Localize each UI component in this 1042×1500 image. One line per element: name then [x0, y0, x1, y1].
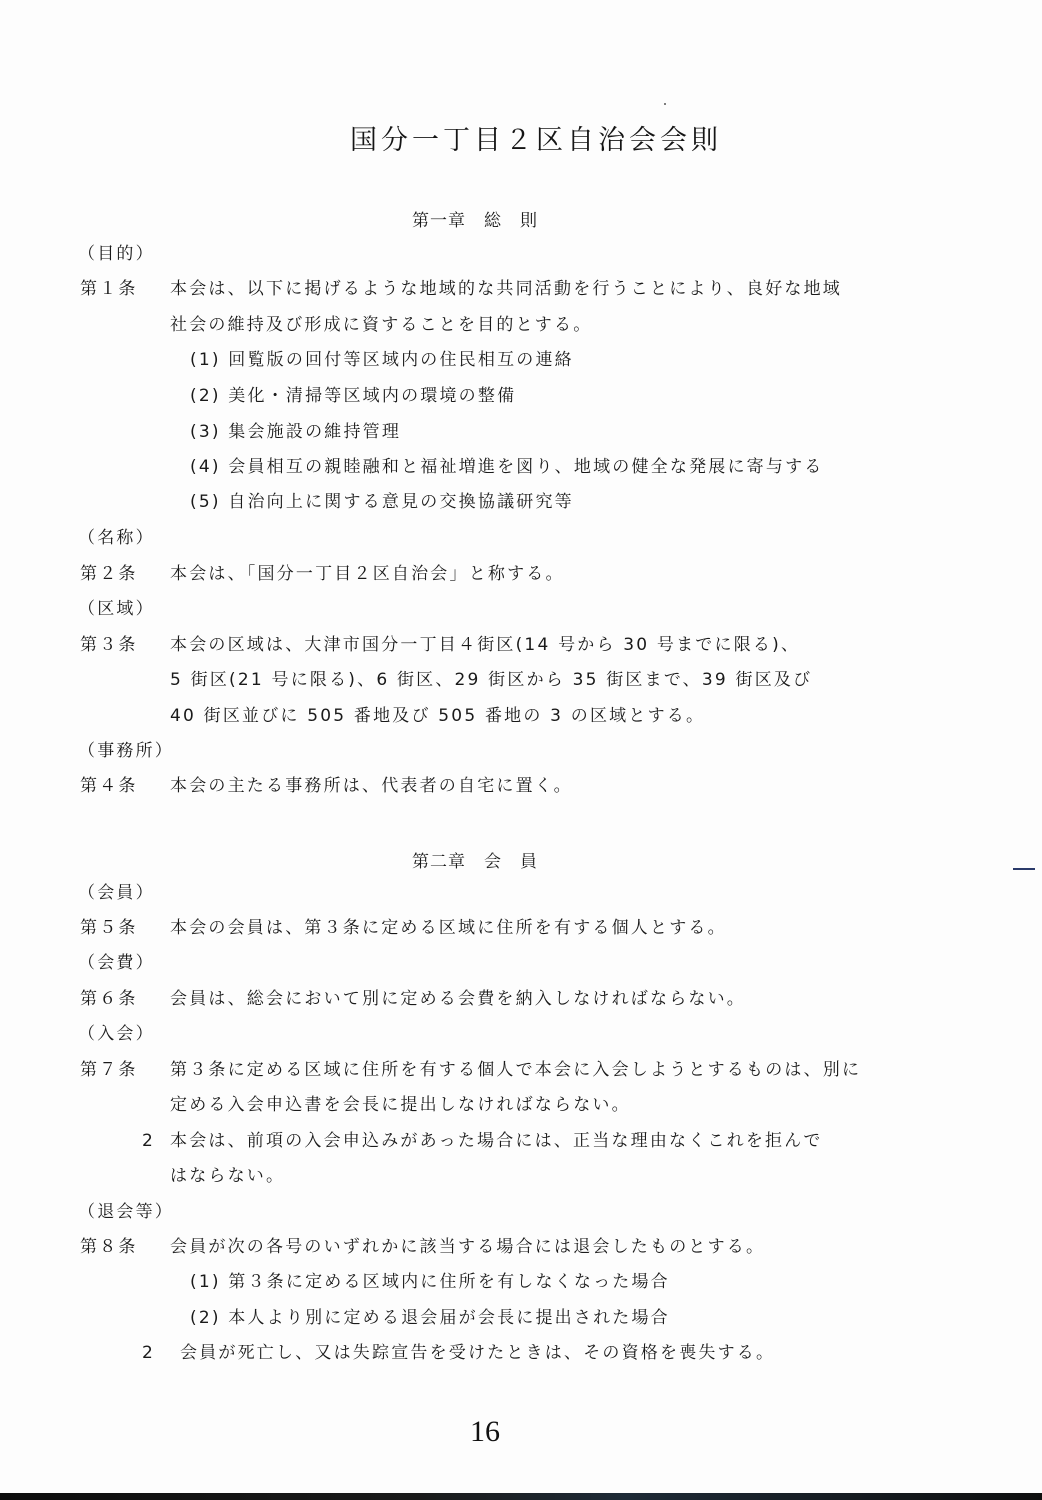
article-item: (2) 美化・清掃等区域内の環境の整備 — [190, 385, 516, 407]
article-text-line: 第３条に定める区域に住所を有する個人で本会に入会しようとするものは、別に — [170, 1059, 861, 1081]
article-label: 第７条 — [80, 1059, 138, 1081]
paragraph-number: 2 — [142, 1342, 155, 1364]
article-text-line: 社会の維持及び形成に資することを目的とする。 — [170, 314, 592, 336]
paragraph-text-line: はならない。 — [170, 1165, 285, 1187]
document-title: 国分一丁目２区自治会会則 — [0, 118, 1042, 157]
article-item: (4) 会員相互の親睦融和と福祉増進を図り、地域の健全な発展に寄与する — [190, 456, 823, 478]
article-label: 第３条 — [80, 634, 138, 656]
article-text-line: 本会は、「国分一丁目２区自治会」と称する。 — [170, 563, 565, 585]
article-text-line: 本会の会員は、第３条に定める区域に住所を有する個人とする。 — [170, 917, 727, 939]
article-label: 第６条 — [80, 988, 138, 1010]
article-label: 第５条 — [80, 917, 138, 939]
paragraph-text-line: 本会は、前項の入会申込みがあった場合には、正当な理由なくこれを拒んで — [170, 1130, 823, 1152]
article-caption: （名称） — [78, 527, 155, 549]
scan-edge-mark — [1013, 868, 1035, 870]
document-page: 国分一丁目２区自治会会則 第一章 総 則 （目的） 第１条 本会は、以下に掲げる… — [0, 0, 1042, 1500]
scan-bottom-edge — [0, 1493, 1042, 1500]
article-label: 第４条 — [80, 775, 138, 797]
article-text-line: 本会は、以下に掲げるような地域的な共同活動を行うことにより、良好な地域 — [170, 278, 842, 300]
article-item: (2) 本人より別に定める退会届が会長に提出された場合 — [190, 1307, 670, 1329]
article-text-line: 本会の主たる事務所は、代表者の自宅に置く。 — [170, 775, 573, 797]
article-caption: （退会等） — [78, 1201, 174, 1223]
article-caption: （区域） — [78, 598, 155, 620]
article-caption: （入会） — [78, 1023, 155, 1045]
article-label: 第２条 — [80, 563, 138, 585]
article-text-line: 会員は、総会において別に定める会費を納入しなければならない。 — [170, 988, 746, 1010]
article-item: (5) 自治向上に関する意見の交換協議研究等 — [190, 491, 574, 513]
paragraph-number: 2 — [142, 1130, 155, 1152]
article-text-line: 定める入会申込書を会長に提出しなければならない。 — [170, 1094, 631, 1116]
article-item: (3) 集会施設の維持管理 — [190, 421, 401, 443]
paragraph-text-line: 会員が死亡し、又は失踪宣告を受けたときは、その資格を喪失する。 — [180, 1342, 775, 1364]
chapter-heading-2: 第二章 会 員 — [412, 847, 538, 872]
article-item: (1) 第３条に定める区域内に住所を有しなくなった場合 — [190, 1271, 670, 1293]
article-text-line: 会員が次の各号のいずれかに該当する場合には退会したものとする。 — [170, 1236, 765, 1258]
article-text-line: 本会の区域は、大津市国分一丁目４街区(14 号から 30 号までに限る)、 — [170, 634, 800, 656]
chapter-heading-1: 第一章 総 則 — [412, 206, 538, 231]
article-item: (1) 回覧版の回付等区域内の住民相互の連絡 — [190, 349, 574, 371]
scan-speck — [664, 103, 666, 105]
article-label: 第８条 — [80, 1236, 138, 1258]
article-caption: （会費） — [78, 952, 155, 974]
article-text-line: 40 街区並びに 505 番地及び 505 番地の 3 の区域とする。 — [170, 705, 705, 727]
article-caption: （目的） — [78, 243, 155, 265]
article-label: 第１条 — [80, 278, 138, 300]
article-caption: （会員） — [78, 882, 155, 904]
article-text-line: 5 街区(21 号に限る)、6 街区、29 街区から 35 街区まで、39 街区… — [170, 669, 812, 691]
article-caption: （事務所） — [78, 740, 174, 762]
page-number: 16 — [470, 1415, 500, 1449]
